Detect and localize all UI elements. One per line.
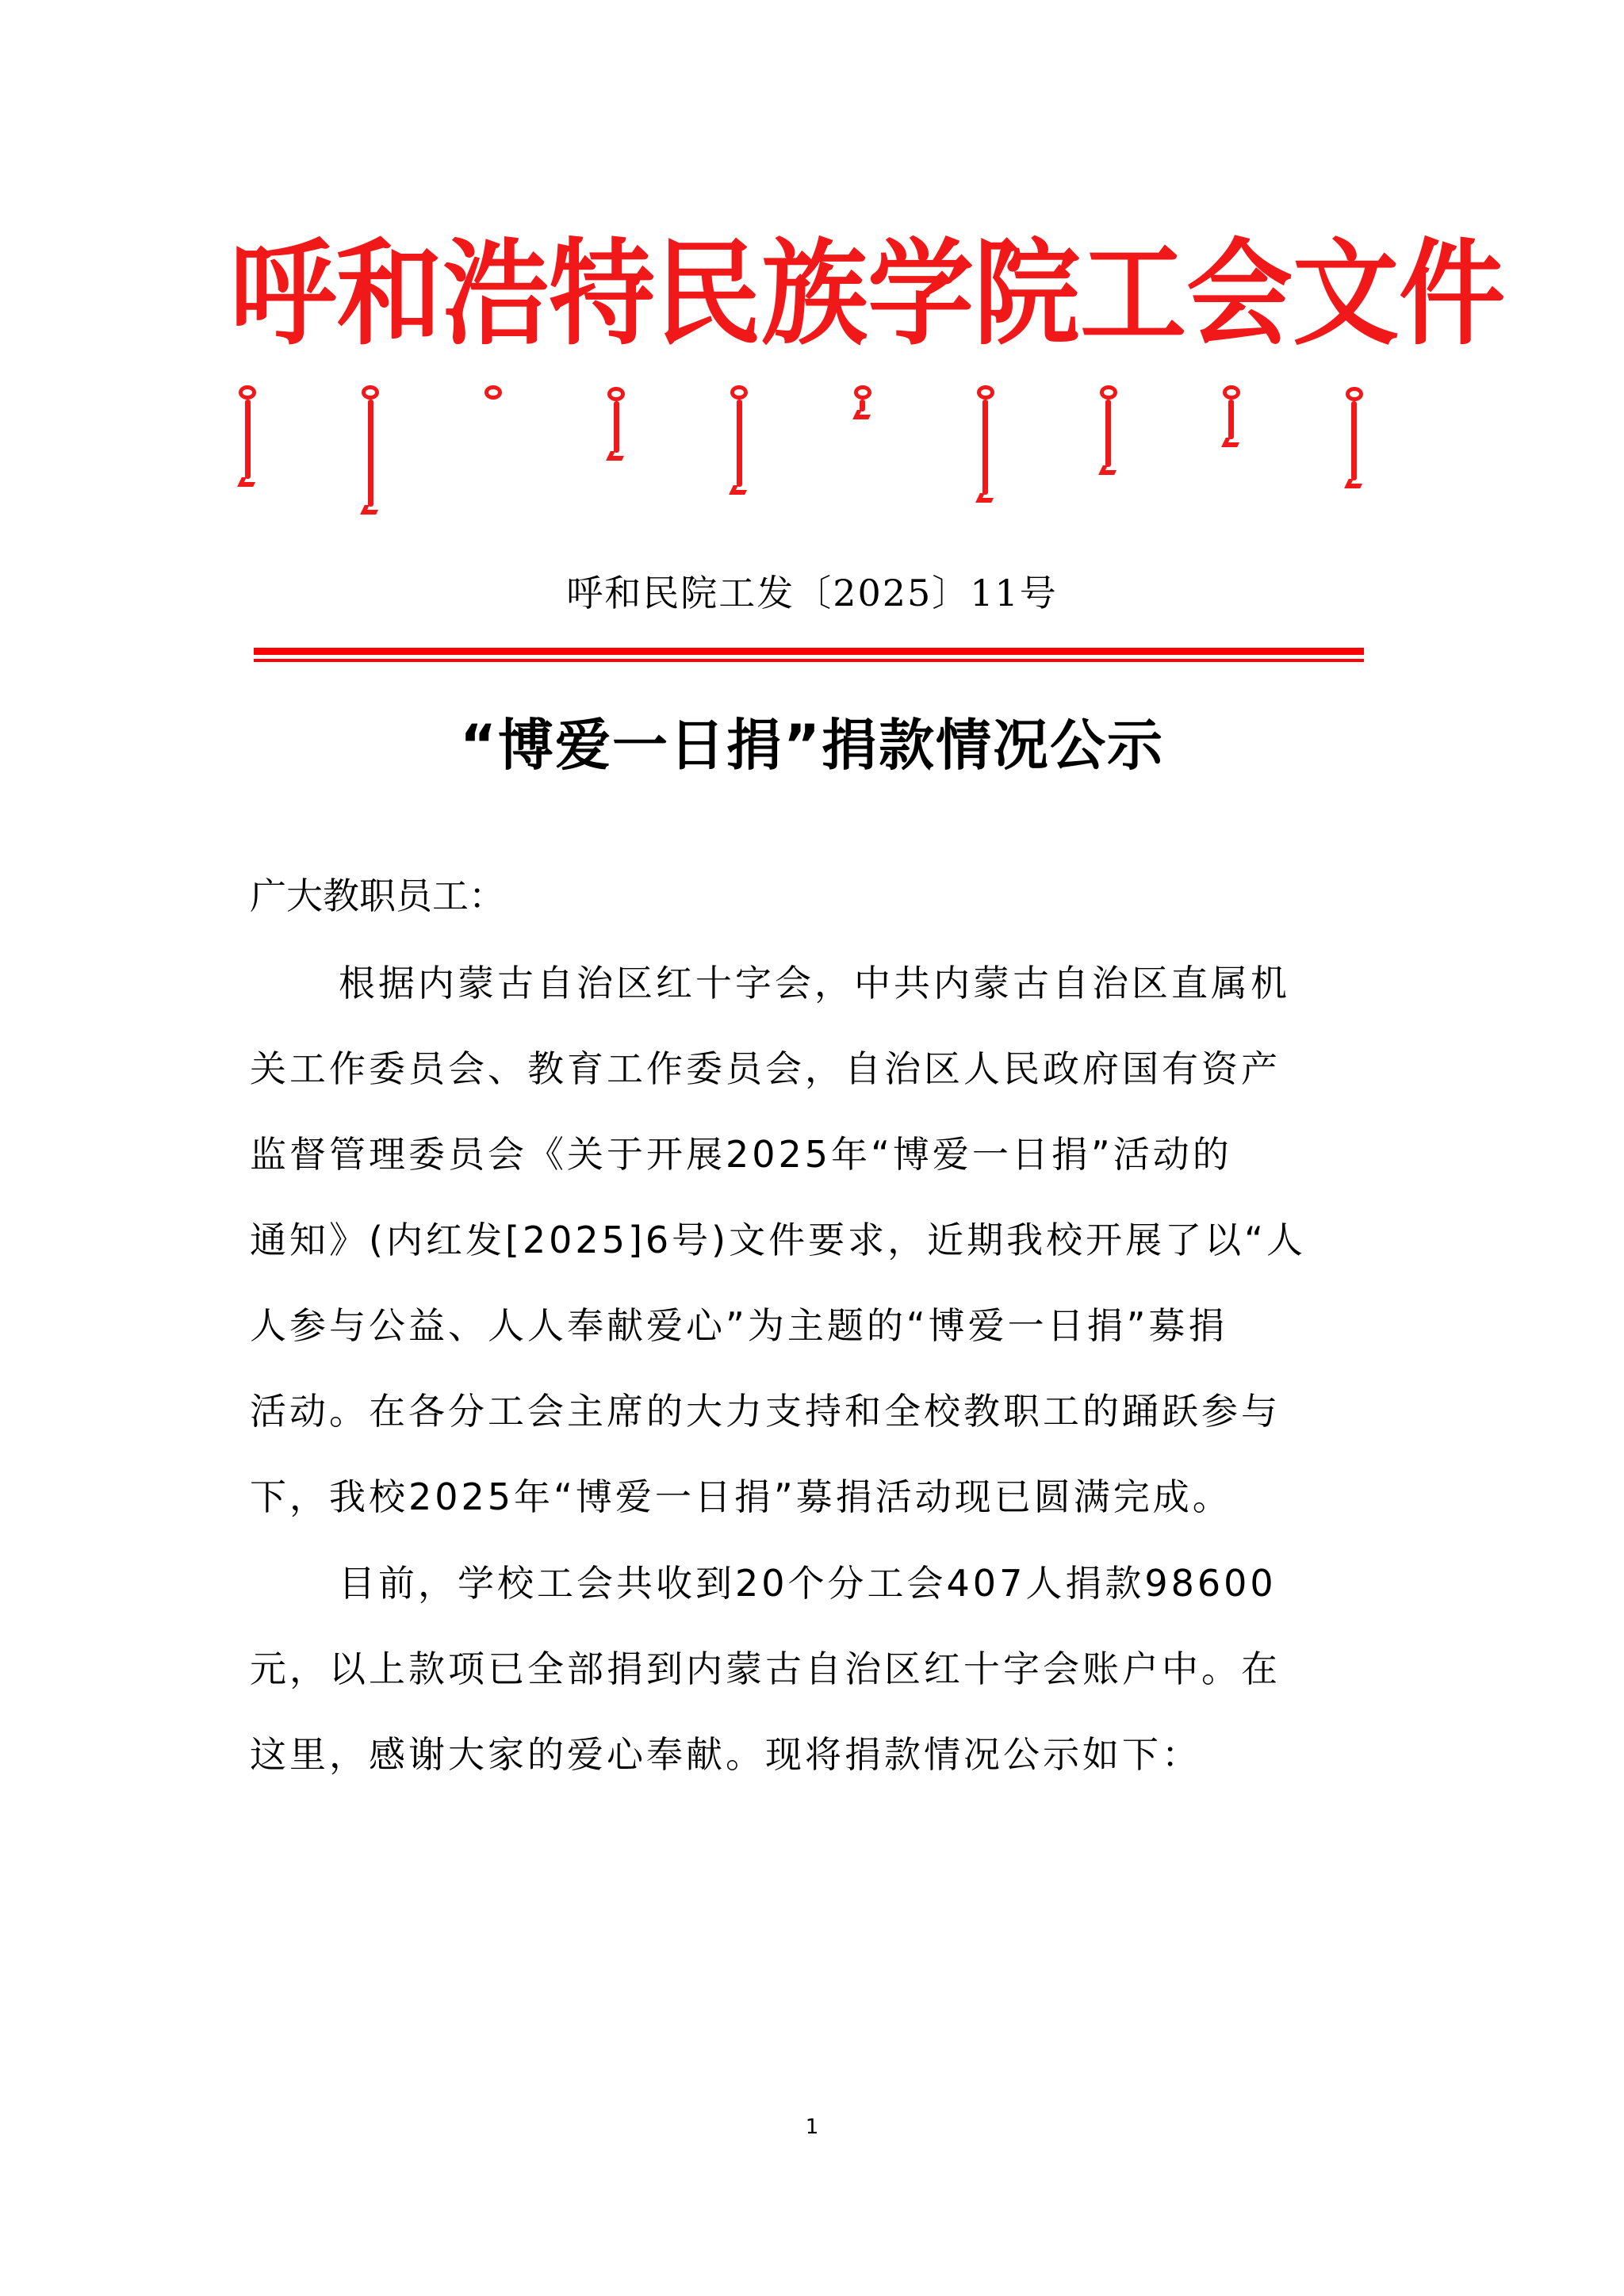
letterhead-char: 件 — [1399, 229, 1505, 358]
red-divider-thick — [254, 648, 1364, 655]
document-number: 呼和民院工发〔2025〕11号 — [0, 569, 1624, 617]
paragraph-donation-summary: 目前，学校工会共收到20个分工会407人捐款98600 元，以上款项已全部捐到内… — [250, 1556, 1392, 1812]
salutation: 广大教职员工： — [250, 868, 505, 924]
red-divider-thin — [254, 659, 1364, 662]
mongolian-word — [1099, 388, 1118, 475]
mongolian-word — [1222, 388, 1241, 447]
paragraph-line: 元，以上款项已全部捐到内蒙古自治区红十字会账户中。在 — [250, 1641, 1392, 1727]
paragraph-line: 人参与公益、人人奉献爱心”为主题的“博爱一日捐”募捐 — [250, 1298, 1392, 1383]
mongolian-word — [1345, 390, 1364, 488]
letterhead-char: 院 — [974, 229, 1080, 358]
paragraph-line: 这里，感谢大家的爱心奉献。现将捐款情况公示如下： — [250, 1727, 1392, 1812]
letterhead-char: 和 — [336, 229, 442, 358]
paragraph-line: 根据内蒙古自治区红十字会，中共内蒙古自治区直属机 — [250, 955, 1392, 1041]
paragraph-line: 下，我校2025年“博爱一日捐”募捐活动现已圆满完成。 — [250, 1469, 1392, 1555]
paragraph-line: 通知》(内红发[2025]6号)文件要求，近期我校开展了以“人 — [250, 1212, 1392, 1298]
mongolian-script-letterhead — [238, 381, 1364, 539]
letterhead-char: 呼 — [230, 229, 336, 358]
letterhead-char: 学 — [868, 229, 974, 358]
mongolian-word — [484, 388, 503, 400]
letterhead-char: 族 — [761, 229, 868, 358]
letterhead-char: 特 — [549, 229, 655, 358]
mongolian-word — [238, 388, 257, 487]
mongolian-word — [361, 388, 380, 515]
paragraph-background: 根据内蒙古自治区红十字会，中共内蒙古自治区直属机 关工作委员会、教育工作委员会，… — [250, 955, 1392, 1555]
letterhead-char: 工 — [1080, 229, 1186, 358]
letterhead-char: 文 — [1293, 229, 1399, 358]
letterhead-char: 浩 — [442, 229, 549, 358]
mongolian-word — [976, 388, 995, 503]
letterhead-char: 会 — [1186, 229, 1293, 358]
page-number: 1 — [0, 2115, 1624, 2139]
letterhead-char: 民 — [655, 229, 761, 358]
paragraph-line: 目前，学校工会共收到20个分工会407人捐款98600 — [250, 1556, 1392, 1641]
document-page: 呼 和 浩 特 民 族 学 院 工 会 文 件 呼和民院工发〔2025〕11号 … — [0, 0, 1624, 2296]
org-letterhead-title: 呼 和 浩 特 民 族 学 院 工 会 文 件 — [230, 234, 1380, 353]
mongolian-word — [853, 388, 872, 419]
mongolian-word — [607, 390, 626, 461]
paragraph-line: 活动。在各分工会主席的大力支持和全校教职工的踊跃参与 — [250, 1383, 1392, 1469]
document-title: “博爱一日捐”捐款情况公示 — [0, 710, 1624, 781]
paragraph-line: 监督管理委员会《关于开展2025年“博爱一日捐”活动的 — [250, 1127, 1392, 1212]
mongolian-word — [730, 388, 749, 495]
paragraph-line: 关工作委员会、教育工作委员会，自治区人民政府国有资产 — [250, 1041, 1392, 1127]
